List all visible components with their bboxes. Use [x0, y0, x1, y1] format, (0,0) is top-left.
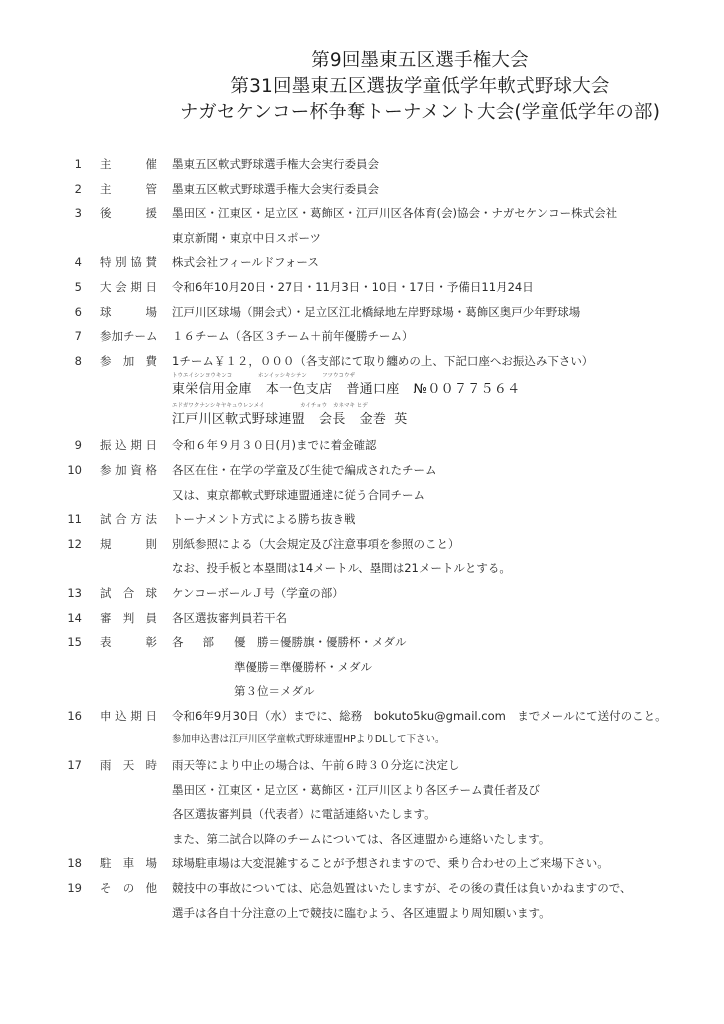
furigana: カネマキ ヒデ [333, 403, 368, 410]
list-item-continuation: 各区選抜審判員（代表者）に電話連絡いたします。 [0, 802, 724, 827]
holder-furigana: エドガワクナンシキヤキュウレンメイカイチョウカネマキ ヒデ [172, 403, 408, 410]
list-item-continuation: 選手は各自十分注意の上で競技に臨むよう、各区連盟より周知願います。 [0, 901, 724, 926]
item-label: 主管 [100, 177, 157, 202]
item-label: 試合球 [100, 581, 157, 606]
item-content: 江戸川区球場（開会式）・足立区江北橋緑地左岸野球場・葛飾区奥戸少年野球場 [172, 300, 580, 325]
account-holder: エドガワクナンシキヤキュウレンメイカイチョウカネマキ ヒデ江戸川区軟式野球連盟会… [0, 403, 724, 433]
item-label-char: 後 [100, 201, 112, 226]
holder-part: 金巻 [360, 412, 387, 427]
holder-part: 会長 [319, 412, 346, 427]
item-content: 墨東五区軟式野球選手権大会実行委員会 [172, 177, 379, 202]
item-number: 12 [60, 532, 82, 557]
item-number: 17 [60, 753, 82, 778]
item-label-char: 期 [130, 433, 142, 458]
item-label: 参加チーム [100, 324, 157, 349]
list-item: 7参加チーム１６チーム（各区３チーム＋前年優勝チーム） [0, 324, 724, 349]
list-item-continuation: また、第二試合以降のチームについては、各区連盟から連絡いたします。 [0, 827, 724, 852]
item-label: 振込期日 [100, 433, 157, 458]
award-label-char: 各 [172, 630, 184, 655]
bank-main: 東栄信用金庫本一色支店普通口座№００７７５６４ [172, 380, 520, 400]
bank-part: №００７７５６４ [414, 382, 521, 397]
item-label-char: 彰 [146, 630, 158, 655]
item-label-char: 別 [115, 250, 127, 275]
award-label-char: 部 [203, 630, 215, 655]
document-title: 第9回墨東五区選手権大会 第31回墨東五区選抜学童低学年軟式野球大会 ナガセケン… [150, 48, 690, 126]
item-label-char: 込 [115, 704, 127, 729]
item-label: 表彰 [100, 630, 157, 655]
item-label: 参加資格 [100, 458, 157, 483]
item-number: 18 [60, 851, 82, 876]
list-item: 13試合球ケンコーボールＪ号（学童の部） [0, 581, 724, 606]
item-content: ケンコーボールＪ号（学童の部） [172, 581, 344, 606]
item-label-char: の [123, 876, 135, 901]
title-line-1: 第9回墨東五区選手権大会 [150, 48, 690, 74]
item-label: 規則 [100, 532, 157, 557]
list-item: 14審判員各区選抜審判員若干名 [0, 606, 724, 631]
item-label-char: 参 [100, 349, 112, 374]
item-label-char: 振 [100, 433, 112, 458]
item-label-char: 賛 [145, 250, 157, 275]
item-label-char: 試 [100, 581, 112, 606]
item-content: 競技中の事故については、応急処置はいたしますが、その後の責任は負いかねますので、 [172, 876, 632, 901]
item-label-char: 合 [115, 507, 127, 532]
list-item: 4特別協賛株式会社フィールドフォース [0, 250, 724, 275]
item-number: 7 [60, 324, 82, 349]
list-item: 5大会期日令和6年10月20日・27日・11月3日・10日・17日・予備日11月… [0, 275, 724, 300]
list-item: 3後援墨田区・江東区・足立区・葛飾区・江戸川区各体育(会)協会・ナガセケンコー株… [0, 201, 724, 226]
item-content: 雨天等により中止の場合は、午前６時３０分迄に決定し [172, 753, 460, 778]
item-content: 令和6年10月20日・27日・11月3日・10日・17日・予備日11月24日 [172, 275, 534, 300]
list-item-continuation: 又は、東京都軟式野球連盟通達に従う合同チーム [0, 483, 724, 508]
item-label-char: 試 [100, 507, 112, 532]
list-item: 6球場江戸川区球場（開会式）・足立区江北橋緑地左岸野球場・葛飾区奥戸少年野球場 [0, 300, 724, 325]
item-label-char: 期 [130, 704, 142, 729]
list-item: 1主催墨東五区軟式野球選手権大会実行委員会 [0, 152, 724, 177]
holder-main: 江戸川区軟式野球連盟会長金巻英 [172, 410, 408, 430]
item-label-char: 格 [145, 458, 157, 483]
item-label-char: 合 [123, 581, 135, 606]
item-content: また、第二試合以降のチームについては、各区連盟から連絡いたします。 [172, 827, 550, 852]
item-content: トーナメント方式による勝ち抜き戦 [172, 507, 356, 532]
item-content: 各区選抜審判員若干名 [172, 606, 287, 631]
item-label-char: 催 [146, 152, 158, 177]
item-number: 8 [60, 349, 82, 374]
bank-block: トウエイシンヨウキンコホンイッシキシテンフツウコウザ東栄信用金庫本一色支店普通口… [172, 373, 520, 400]
item-number: 16 [60, 704, 82, 729]
item-label-char: 車 [123, 851, 135, 876]
item-label-char: 表 [100, 630, 112, 655]
item-number: 3 [60, 201, 82, 226]
item-label-char: 場 [146, 851, 158, 876]
bank-account: トウエイシンヨウキンコホンイッシキシテンフツウコウザ東栄信用金庫本一色支店普通口… [0, 373, 724, 403]
item-number: 10 [60, 458, 82, 483]
item-number: 13 [60, 581, 82, 606]
item-label-char: 他 [146, 876, 158, 901]
item-content: 令和6年9月30日（水）までに、総務 bokuto5ku@gmail.com ま… [172, 704, 667, 729]
title-line-3: ナガセケンコー杯争奪トーナメント大会(学童低学年の部) [150, 100, 690, 126]
furigana: トウエイシンヨウキンコ [172, 373, 232, 380]
list-item: 17雨天時雨天等により中止の場合は、午前６時３０分迄に決定し [0, 753, 724, 778]
item-label-char: 球 [100, 300, 112, 325]
item-list: 1主催墨東五区軟式野球選手権大会実行委員会2主管墨東五区軟式野球選手権大会実行委… [0, 152, 724, 925]
bank-furigana: トウエイシンヨウキンコホンイッシキシテンフツウコウザ [172, 373, 520, 380]
item-label-char: 法 [145, 507, 157, 532]
item-content: 各区選抜審判員（代表者）に電話連絡いたします。 [172, 802, 436, 827]
item-label-char: 審 [100, 606, 112, 631]
item-content: 球場駐車場は大変混雑することが予想されますので、乗り合わせの上ご来場下さい。 [172, 851, 609, 876]
item-label-char: 参 [100, 458, 112, 483]
item-number: 6 [60, 300, 82, 325]
item-content: 令和６年９月３０日(月)までに着金確認 [172, 433, 376, 458]
item-note: 参加申込書は江戸川区学童軟式野球連盟HPよりDLして下さい。 [172, 728, 444, 753]
item-content: 選手は各自十分注意の上で競技に臨むよう、各区連盟より周知願います。 [172, 901, 551, 926]
item-content: 墨田区・江東区・足立区・葛飾区・江戸川区より各区チーム責任者及び [172, 778, 540, 803]
item-label-char: 協 [130, 250, 142, 275]
item-content: 各区在住・在学の学童及び生徒で編成されたチーム [172, 458, 437, 483]
item-label-char: 参加チーム [100, 324, 158, 349]
award-line: 準優勝＝準優勝杯・メダル [234, 655, 372, 680]
item-content: 墨田区・江東区・足立区・葛飾区・江戸川区各体育(会)協会・ナガセケンコー株式会社 [172, 201, 617, 226]
list-item: 16申込期日令和6年9月30日（水）までに、総務 bokuto5ku@gmail… [0, 704, 724, 729]
list-item-continuation: 墨田区・江東区・足立区・葛飾区・江戸川区より各区チーム責任者及び [0, 778, 724, 803]
item-label-char: 大 [100, 275, 112, 300]
item-content: 1チーム￥１２，０００（各支部にて取り纏めの上、下記口座へお振込み下さい） [172, 349, 593, 374]
item-label: 参加費 [100, 349, 157, 374]
item-label-char: 期 [130, 275, 142, 300]
item-number: 4 [60, 250, 82, 275]
list-item-continuation: 第３位＝メダル [0, 679, 724, 704]
bank-part: 本一色支店 [266, 382, 333, 397]
item-label-char: 球 [146, 581, 158, 606]
item-label: 駐車場 [100, 851, 157, 876]
holder-part: 江戸川区軟式野球連盟 [172, 412, 305, 427]
item-content: 別紙参照による（大会規定及び注意事項を参照のこと） [172, 532, 460, 557]
list-item: 2主管墨東五区軟式野球選手権大会実行委員会 [0, 177, 724, 202]
holder-block: エドガワクナンシキヤキュウレンメイカイチョウカネマキ ヒデ江戸川区軟式野球連盟会… [172, 403, 408, 430]
award-line: 優 勝＝優勝旗・優勝杯・メダル [234, 630, 407, 655]
list-item: 9振込期日令和６年９月３０日(月)までに着金確認 [0, 433, 724, 458]
list-item: 18駐車場球場駐車場は大変混雑することが予想されますので、乗り合わせの上ご来場下… [0, 851, 724, 876]
list-item-note: 参加申込書は江戸川区学童軟式野球連盟HPよりDLして下さい。 [0, 728, 724, 753]
item-label-char: 日 [145, 433, 157, 458]
list-item: 11試合方法トーナメント方式による勝ち抜き戦 [0, 507, 724, 532]
item-label-char: 特 [100, 250, 112, 275]
furigana: エドガワクナンシキヤキュウレンメイ [172, 403, 265, 410]
list-item: 15表彰各部優 勝＝優勝旗・優勝杯・メダル [0, 630, 724, 655]
list-item-continuation: なお、投手板と本塁間は14メートル、塁間は21メートルとする。 [0, 556, 724, 581]
award-line: 第３位＝メダル [234, 679, 315, 704]
item-content: 墨東五区軟式野球選手権大会実行委員会 [172, 152, 379, 177]
item-label-char: 規 [100, 532, 112, 557]
item-label-char: 加 [123, 349, 135, 374]
item-label-char: 員 [146, 606, 158, 631]
bank-part: 普通口座 [346, 382, 399, 397]
award-category-label: 各部 [172, 630, 214, 655]
item-label: 後援 [100, 201, 157, 226]
item-label-char: 日 [145, 275, 157, 300]
item-number: 11 [60, 507, 82, 532]
title-line-2: 第31回墨東五区選抜学童低学年軟式野球大会 [150, 74, 690, 100]
item-label-char: 費 [146, 349, 158, 374]
list-item: 10参加資格各区在住・在学の学童及び生徒で編成されたチーム [0, 458, 724, 483]
list-item: 12規則別紙参照による（大会規定及び注意事項を参照のこと） [0, 532, 724, 557]
item-number: 19 [60, 876, 82, 901]
item-label-char: 援 [146, 201, 158, 226]
item-label-char: 申 [100, 704, 112, 729]
list-item-continuation: 準優勝＝準優勝杯・メダル [0, 655, 724, 680]
item-label-char: 判 [123, 606, 135, 631]
item-label: 主催 [100, 152, 157, 177]
item-number: 15 [60, 630, 82, 655]
item-label: その他 [100, 876, 157, 901]
furigana: カイチョウ [300, 403, 327, 410]
item-label-char: 主 [100, 152, 112, 177]
item-content: 株式会社フィールドフォース [172, 250, 319, 275]
item-label-char: 込 [115, 433, 127, 458]
item-number: 14 [60, 606, 82, 631]
furigana: ホンイッシキシテン [258, 373, 307, 380]
item-label: 雨天時 [100, 753, 157, 778]
item-number: 5 [60, 275, 82, 300]
item-label: 申込期日 [100, 704, 157, 729]
item-label: 審判員 [100, 606, 157, 631]
item-number: 2 [60, 177, 82, 202]
item-content: １６チーム（各区３チーム＋前年優勝チーム） [172, 324, 414, 349]
bank-part: 東栄信用金庫 [172, 382, 252, 397]
item-label-char: 天 [123, 753, 135, 778]
item-label-char: 方 [130, 507, 142, 532]
item-label: 大会期日 [100, 275, 157, 300]
item-label-char: 管 [146, 177, 158, 202]
item-label-char: 資 [130, 458, 142, 483]
item-label-char: 駐 [100, 851, 112, 876]
item-label-char: 場 [146, 300, 158, 325]
item-number: 9 [60, 433, 82, 458]
item-label-char: 雨 [100, 753, 112, 778]
item-content: 東京新聞・東京中日スポーツ [172, 226, 321, 251]
item-label-char: 時 [146, 753, 158, 778]
list-item-continuation: 東京新聞・東京中日スポーツ [0, 226, 724, 251]
list-item: 19その他競技中の事故については、応急処置はいたしますが、その後の責任は負いかね… [0, 876, 724, 901]
furigana: フツウコウザ [322, 373, 355, 380]
item-label-char: 会 [115, 275, 127, 300]
item-label-char: そ [100, 876, 112, 901]
item-number: 1 [60, 152, 82, 177]
item-label: 特別協賛 [100, 250, 157, 275]
item-label-char: 主 [100, 177, 112, 202]
item-label: 球場 [100, 300, 157, 325]
item-content: 又は、東京都軟式野球連盟通達に従う合同チーム [172, 483, 425, 508]
list-item: 8参加費1チーム￥１２，０００（各支部にて取り纏めの上、下記口座へお振込み下さい… [0, 349, 724, 374]
item-label-char: 則 [146, 532, 158, 557]
item-label: 試合方法 [100, 507, 157, 532]
item-label-char: 加 [115, 458, 127, 483]
item-content: なお、投手板と本塁間は14メートル、塁間は21メートルとする。 [172, 556, 511, 581]
item-label-char: 日 [145, 704, 157, 729]
holder-part: 英 [394, 412, 407, 427]
